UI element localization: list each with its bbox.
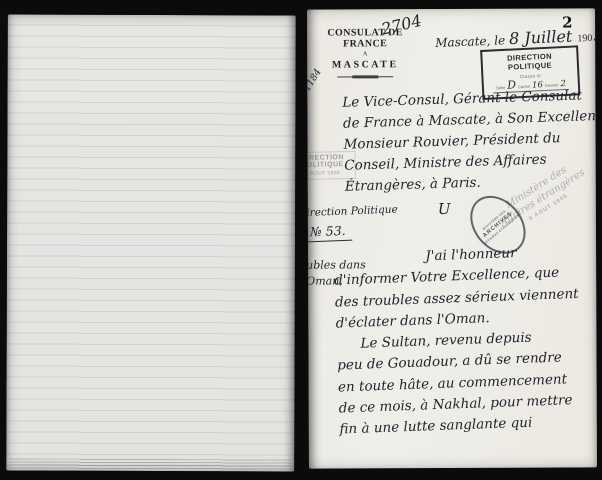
letter-body: J'ai l'honneur d'informer Votre Excellen…: [333, 240, 597, 441]
left-blank-page: [6, 14, 296, 471]
dateline-place: Mascate, le: [435, 33, 505, 50]
edge-stamp-date: 7 AOUT 1905: [307, 170, 354, 177]
scanned-archive-photo: { "document": { "folio_number": "2", "re…: [0, 0, 602, 480]
diagonal-reference-number: № 1184: [307, 67, 324, 104]
dispatch-number: № 53.: [307, 223, 352, 243]
classification-title: DIRECTION POLITIQUE: [484, 51, 575, 73]
letterhead-a: A: [313, 51, 417, 57]
salutation-mark: U: [438, 200, 451, 218]
edge-arrival-stamp: DIRECTION POLITIQUE 7 AOUT 1905: [307, 151, 356, 180]
letterhead-city: MASCATE: [313, 59, 417, 70]
dateline-year-handwritten: 5: [593, 29, 597, 44]
edge-stamp-line2: POLITIQUE: [307, 161, 354, 169]
letter-page: CONSULAT DE FRANCE A MASCATE 2704 Mascat…: [307, 8, 597, 468]
folio-number: 2: [562, 13, 573, 31]
letterhead-rule: [337, 75, 393, 78]
letterhead: CONSULAT DE FRANCE A MASCATE: [313, 27, 417, 78]
margin-direction-label: Direction Politique: [307, 203, 398, 219]
dateline-year-printed: 190: [577, 33, 592, 45]
